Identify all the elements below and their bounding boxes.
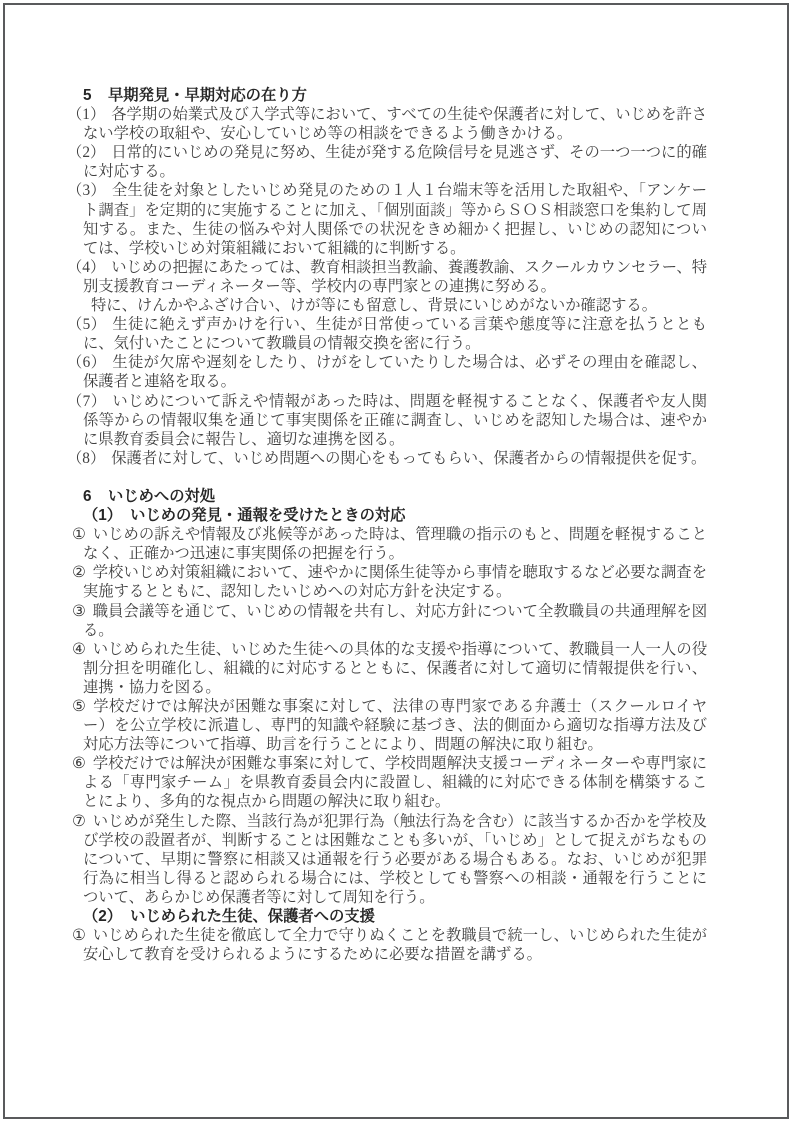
item-label: （6） bbox=[67, 354, 112, 371]
item-text: 保護者に対して、いじめ問題への関心をもってもらい、保護者からの情報提供を促す。 bbox=[111, 450, 706, 467]
document-content: 5早期発見・早期対応の在り方 （1）各学期の始業式及び入学式等において、すべての… bbox=[5, 5, 787, 964]
item-label: ① bbox=[72, 526, 93, 543]
item-text: いじめられた生徒を徹底して全力で守りぬくことを教職員で統一し、いじめられた生徒が… bbox=[83, 927, 707, 963]
item-label: （1） bbox=[67, 106, 111, 123]
item-text: いじめについて訴えや情報があった時は、問題を軽視することなく、保護者や友人関係等… bbox=[83, 393, 707, 448]
page-border: 5早期発見・早期対応の在り方 （1）各学期の始業式及び入学式等において、すべての… bbox=[3, 3, 789, 1119]
item-5-2: （2）日常的にいじめの発見に努め、生徒が発する危険信号を見逃さず、その一つ一つに… bbox=[83, 143, 707, 181]
item-label: ⑦ bbox=[72, 813, 93, 830]
item-5-8: （8）保護者に対して、いじめ問題への関心をもってもらい、保護者からの情報提供を促… bbox=[83, 449, 707, 468]
item-label: （4） bbox=[67, 259, 111, 276]
item-6-2-1: ①いじめられた生徒を徹底して全力で守りぬくことを教職員で統一し、いじめられた生徒… bbox=[83, 926, 707, 964]
item-text: 生徒に絶えず声かけを行い、生徒が日常使っている言葉や態度等に注意を払うとともに、… bbox=[83, 316, 707, 352]
item-5-1: （1）各学期の始業式及び入学式等において、すべての生徒や保護者に対して、いじめを… bbox=[83, 105, 707, 143]
item-6-1-3: ③職員会議等を通じて、いじめの情報を共有し、対応方針について全教職員の共通理解を… bbox=[83, 602, 707, 640]
item-text: 学校だけでは解決が困難な事案に対して、法律の専門家である弁護士（スクールロイヤー… bbox=[83, 698, 707, 753]
item-label: （2） bbox=[67, 144, 111, 161]
blank-line bbox=[83, 468, 707, 487]
section-6-heading: 6いじめへの対処 bbox=[83, 487, 707, 506]
item-text: 日常的にいじめの発見に努め、生徒が発する危険信号を見逃さず、その一つ一つに的確に… bbox=[83, 144, 707, 180]
item-5-3: （3）全生徒を対象としたいじめ発見のための１人１台端末等を活用した取組や、「アン… bbox=[83, 181, 707, 257]
item-label: （7） bbox=[67, 393, 112, 410]
item-text: いじめの訴えや情報及び兆候等があった時は、管理職の指示のもと、問題を軽視すること… bbox=[83, 526, 707, 562]
item-6-1-7: ⑦いじめが発生した際、当該行為が犯罪行為（触法行為を含む）に該当するか否かを学校… bbox=[83, 812, 707, 907]
item-5-5: （5）生徒に絶えず声かけを行い、生徒が日常使っている言葉や態度等に注意を払うとと… bbox=[83, 315, 707, 353]
item-label: （3） bbox=[67, 182, 112, 199]
item-5-6: （6）生徒が欠席や遅刻をしたり、けがをしていたりした場合は、必ずその理由を確認し… bbox=[83, 353, 707, 391]
item-text: いじめへの対処 bbox=[108, 488, 215, 505]
item-6-1-6: ⑥学校だけでは解決が困難な事案に対して、学校問題解決支援コーディネーターや専門家… bbox=[83, 754, 707, 811]
item-text: 各学期の始業式及び入学式等において、すべての生徒や保護者に対して、いじめを許さな… bbox=[83, 106, 707, 142]
item-text: 学校いじめ対策組織において、速やかに関係生徒等から事情を聴取するなど必要な調査を… bbox=[83, 564, 707, 600]
item-label: （8） bbox=[67, 450, 111, 467]
item-label: ② bbox=[72, 564, 93, 581]
item-label: ⑤ bbox=[72, 698, 93, 715]
section-6-2-heading: （2）いじめられた生徒、保護者への支援 bbox=[83, 907, 707, 926]
item-label: （5） bbox=[67, 316, 112, 333]
item-text: 早期発見・早期対応の在り方 bbox=[108, 87, 307, 104]
item-5-7: （7）いじめについて訴えや情報があった時は、問題を軽視することなく、保護者や友人… bbox=[83, 392, 707, 449]
item-text: いじめの把握にあたっては、教育相談担当教諭、養護教諭、スクールカウンセラー、特別… bbox=[83, 259, 707, 295]
section-6-1-heading: （1）いじめの発見・通報を受けたときの対応 bbox=[83, 506, 707, 525]
item-label: ④ bbox=[72, 641, 93, 658]
item-label: ① bbox=[72, 927, 93, 944]
item-label: ③ bbox=[72, 603, 93, 620]
item-text: 職員会議等を通じて、いじめの情報を共有し、対応方針について全教職員の共通理解を図… bbox=[83, 603, 707, 639]
item-label: （1） bbox=[83, 507, 130, 524]
item-6-1-1: ①いじめの訴えや情報及び兆候等があった時は、管理職の指示のもと、問題を軽視するこ… bbox=[83, 525, 707, 563]
item-text: いじめられた生徒、保護者への支援 bbox=[130, 908, 375, 925]
section-5-heading: 5早期発見・早期対応の在り方 bbox=[83, 86, 707, 105]
item-text: 学校だけでは解決が困難な事案に対して、学校問題解決支援コーディネーターや専門家に… bbox=[83, 755, 707, 810]
item-text: 特に、けんかやふざけ合い、けが等にも留意し、背景にいじめがないか確認する。 bbox=[91, 297, 657, 314]
item-6-1-4: ④いじめられた生徒、いじめた生徒への具体的な支援や指導について、教職員一人一人の… bbox=[83, 640, 707, 697]
item-label: （2） bbox=[83, 908, 130, 925]
item-text: 生徒が欠席や遅刻をしたり、けがをしていたりした場合は、必ずその理由を確認し、保護… bbox=[83, 354, 707, 390]
item-6-1-5: ⑤学校だけでは解決が困難な事案に対して、法律の専門家である弁護士（スクールロイヤ… bbox=[83, 697, 707, 754]
item-label: 5 bbox=[83, 86, 108, 105]
item-text: 全生徒を対象としたいじめ発見のための１人１台端末等を活用した取組や、「アンケート… bbox=[83, 182, 707, 256]
item-5-4-note: 特に、けんかやふざけ合い、けが等にも留意し、背景にいじめがないか確認する。 bbox=[83, 296, 707, 315]
item-6-1-2: ②学校いじめ対策組織において、速やかに関係生徒等から事情を聴取するなど必要な調査… bbox=[83, 563, 707, 601]
item-5-4: （4）いじめの把握にあたっては、教育相談担当教諭、養護教諭、スクールカウンセラー… bbox=[83, 258, 707, 296]
item-text: いじめの発見・通報を受けたときの対応 bbox=[130, 507, 405, 524]
item-label: 6 bbox=[83, 487, 108, 506]
item-label: ⑥ bbox=[72, 755, 93, 772]
item-text: いじめが発生した際、当該行為が犯罪行為（触法行為を含む）に該当するか否かを学校及… bbox=[83, 813, 707, 906]
item-text: いじめられた生徒、いじめた生徒への具体的な支援や指導について、教職員一人一人の役… bbox=[83, 641, 707, 696]
